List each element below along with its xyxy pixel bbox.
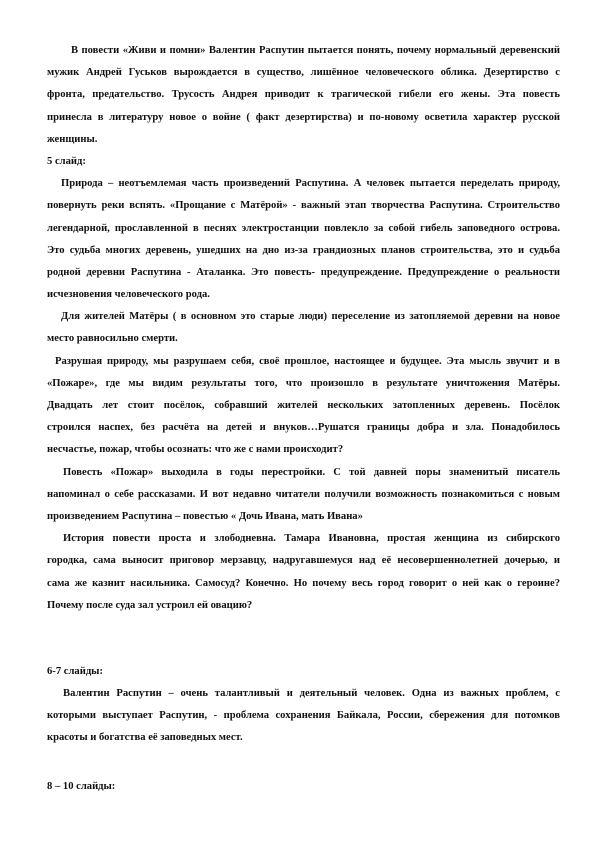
paragraph-live-and-remember: В повести «Живи и помни» Валентин Распут…	[47, 40, 560, 151]
text-line: исчезновения человеческого рода.	[47, 284, 560, 306]
text-line: фронта, предательство. Трусость Андрея п…	[47, 84, 560, 106]
text-line: женщины.	[47, 129, 560, 151]
paragraph-daughter-of-ivan: История повести проста и злободневна. Та…	[47, 528, 560, 617]
text-line: История повести проста и злободневна. Та…	[47, 528, 560, 550]
heading-slides-6-7: 6-7 слайды:	[47, 661, 560, 683]
paragraph-nature: Природа – неотъемлемая часть произведени…	[47, 173, 560, 306]
paragraph-destroying-nature: Разрушая природу, мы разрушаем себя, сво…	[47, 351, 560, 462]
text-line: городка, сама выносит приговор мерзавцу,…	[47, 550, 560, 572]
text-line: Разрушая природу, мы разрушаем себя, сво…	[47, 351, 560, 373]
text-line: Двадцать лет стоит посёлок, собравший жи…	[47, 395, 560, 417]
paragraph-baikal: Валентин Распутин – очень талантливый и …	[47, 683, 560, 750]
text-line: Для жителей Матёры ( в основном это стар…	[47, 306, 560, 328]
text-line: красоты и богатства её заповедных мест.	[47, 727, 560, 749]
text-line: повернуть реки вспять. «Прощание с Матёр…	[47, 195, 560, 217]
text-line: В повести «Живи и помни» Валентин Распут…	[47, 40, 560, 62]
heading-slide-5: 5 слайд:	[47, 151, 560, 173]
text-line: Валентин Распутин – очень талантливый и …	[47, 683, 560, 705]
text-line: Природа – неотъемлемая часть произведени…	[47, 173, 560, 195]
text-line: родной деревни Распутина - Аталанка. Это…	[47, 262, 560, 284]
blank-space	[47, 750, 560, 776]
text-line: несчастье, пожар, чтобы осознать: что же…	[47, 439, 560, 461]
text-line: мужик Андрей Гуськов вырождается в сущес…	[47, 62, 560, 84]
text-line: сама же казнит насильника. Самосуд? Коне…	[47, 573, 560, 595]
text-line: строился наспех, без расчёта на детей и …	[47, 417, 560, 439]
paragraph-fire-story: Повесть «Пожар» выходила в годы перестро…	[47, 462, 560, 529]
blank-space	[47, 617, 560, 661]
text-line: легендарной, прославленной в песнях элек…	[47, 218, 560, 240]
text-line: «Пожаре», где мы видим результаты того, …	[47, 373, 560, 395]
text-line: произведением Распутина – повестью « Доч…	[47, 506, 560, 528]
text-line: место равносильно смерти.	[47, 328, 560, 350]
text-line: принесла в литературу новое о войне ( фа…	[47, 107, 560, 129]
text-line: Это судьба многих деревень, ушедших на д…	[47, 240, 560, 262]
heading-slides-8-10: 8 – 10 слайды:	[47, 776, 560, 798]
text-line: Повесть «Пожар» выходила в годы перестро…	[47, 462, 560, 484]
document-page: В повести «Живи и помни» Валентин Распут…	[47, 40, 560, 798]
text-line: напоминал о себе рассказами. И вот недав…	[47, 484, 560, 506]
text-line: которыми выступает Распутин, - проблема …	[47, 705, 560, 727]
paragraph-matyora-residents: Для жителей Матёры ( в основном это стар…	[47, 306, 560, 350]
text-line: Почему после суда зал устроил ей овацию?	[47, 595, 560, 617]
